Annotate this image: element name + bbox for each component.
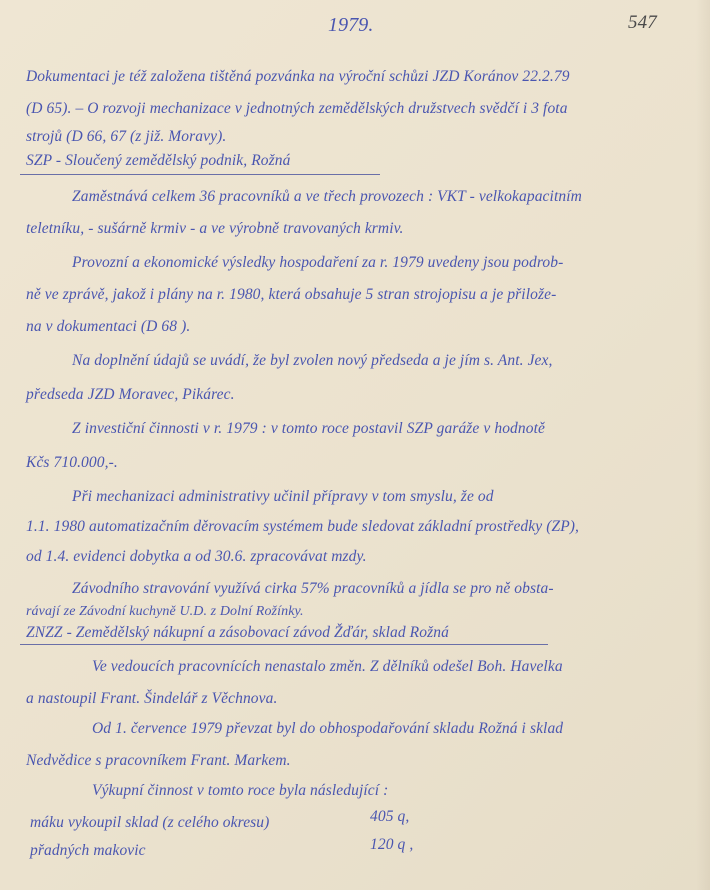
paragraph-line: Nedvědice s pracovníkem Frant. Markem. — [26, 752, 291, 770]
text-line: Dokumentaci je též založena tištěná pozv… — [26, 68, 570, 86]
paragraph-line: 1.1. 1980 automatizačním děrovacím systé… — [26, 518, 579, 536]
paragraph-line: teletníku, - sušárně krmiv - a ve výrobn… — [26, 220, 403, 238]
paragraph-line: předseda JZD Moravec, Pikárec. — [26, 386, 235, 404]
text-line: strojů (D 66, 67 (z již. Moravy). — [26, 128, 226, 146]
purchase-item: přadných makovic — [30, 842, 146, 860]
paragraph-line: Ve vedoucích pracovnících nenastalo změn… — [92, 658, 563, 676]
paragraph-line: ně ve zprávě, jakož i plány na r. 1980, … — [26, 286, 556, 304]
paragraph-line: Z investiční činnosti v r. 1979 : v tomt… — [72, 420, 545, 438]
page-year-heading: 1979. — [328, 14, 374, 37]
paragraph-line: Od 1. července 1979 převzat byl do obhos… — [92, 720, 563, 738]
heading-underline — [20, 174, 380, 175]
purchase-amount: 405 q, — [370, 808, 409, 826]
paragraph-line: Na doplnění údajů se uvádí, že byl zvole… — [72, 352, 553, 370]
paragraph-line: Výkupní činnost v tomto roce byla násled… — [92, 782, 388, 800]
page-edge-shadow — [696, 0, 710, 890]
heading-underline — [20, 644, 548, 645]
text-line: (D 65). – O rozvoji mechanizace v jednot… — [26, 100, 568, 118]
purchase-amount: 120 q , — [370, 836, 413, 854]
paragraph-line: Kčs 710.000,-. — [26, 454, 118, 472]
section-heading-znzz: ZNZZ - Zemědělský nákupní a zásobovací z… — [26, 624, 449, 642]
section-heading-szp: SZP - Sloučený zemědělský podnik, Rožná — [26, 152, 290, 170]
paragraph-line: rávají ze Závodní kuchyně U.D. z Dolní R… — [26, 604, 304, 620]
paragraph-line: Zaměstnává celkem 36 pracovníků a ve tře… — [72, 188, 582, 206]
paragraph-line: od 1.4. evidenci dobytka a od 30.6. zpra… — [26, 548, 367, 566]
handwritten-chronicle-page: 1979. 547 Dokumentaci je též založena ti… — [0, 0, 710, 890]
page-number: 547 — [628, 12, 657, 34]
paragraph-line: Závodního stravování využívá cirka 57% p… — [72, 580, 554, 598]
paragraph-line: a nastoupil Frant. Šindelář z Věchnova. — [26, 690, 277, 708]
paragraph-line: Provozní a ekonomické výsledky hospodaře… — [72, 254, 563, 272]
paragraph-line: Při mechanizaci administrativy učinil př… — [72, 488, 494, 506]
paragraph-line: na v dokumentaci (D 68 ). — [26, 318, 190, 336]
purchase-item: máku vykoupil sklad (z celého okresu) — [30, 814, 269, 832]
